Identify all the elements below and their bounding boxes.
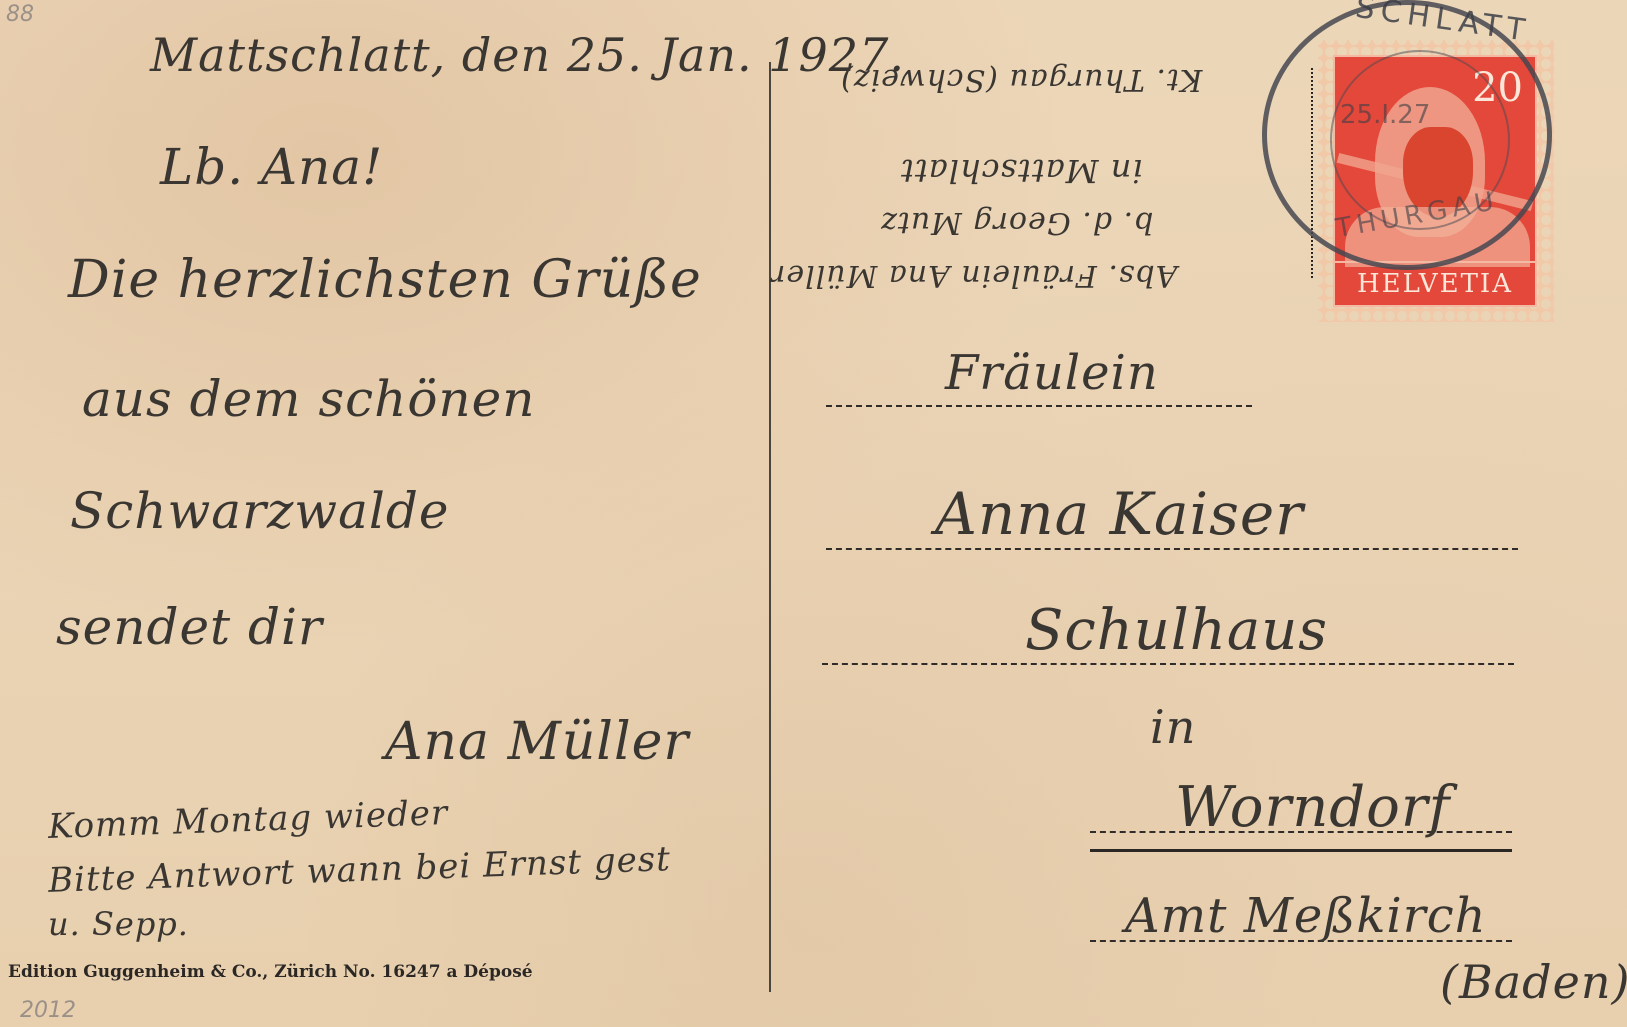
place-date: Mattschlatt, den 25. Jan. 1927. [150,28,905,82]
address-town: Worndorf [1175,775,1450,840]
publisher-imprint: Edition Guggenheim & Co., Zürich No. 162… [8,962,533,982]
sender-line-1: Abs. Fräulein Ana Müller [770,258,1177,293]
message-line-2: aus dem schönen [82,370,535,428]
salutation: Lb. Ana! [160,138,383,196]
postmark-date: 25.I.27 [1340,100,1430,130]
address-line-3 [822,663,1514,665]
postscript-line-1: Komm Montag wieder [47,793,448,847]
address-line-2 [826,548,1518,550]
postcard-back: 88 2012 Mattschlatt, den 25. Jan. 1927. … [0,0,1627,1027]
postscript-line-2: Bitte Antwort wann bei Ernst gest [47,839,671,901]
address-line-1 [826,405,1252,407]
sender-line-2: b. d. Georg Mutz [880,205,1153,240]
sender-line-4: Kt. Thurgau (Schweiz) [840,62,1202,97]
postscript-line-3: u. Sepp. [48,905,189,943]
pencil-mark-bottom: 2012 [20,998,76,1023]
address-region: (Baden) [1440,955,1627,1009]
address-preposition: in [1150,700,1196,754]
pencil-mark-top: 88 [6,2,34,27]
address-name: Anna Kaiser [935,480,1304,548]
address-street: Schulhaus [1025,598,1328,663]
address-title: Fräulein [945,345,1159,401]
message-line-4: sendet dir [56,598,323,656]
address-underline [1090,849,1512,852]
address-district: Amt Meßkirch [1125,888,1487,944]
stamp-country: HELVETIA [1335,261,1535,305]
message-line-1: Die herzlichsten Grüße [68,250,702,310]
message-line-3: Schwarzwalde [70,482,450,540]
center-divider [769,62,771,992]
sender-line-3: in Mattschlatt [900,152,1143,190]
signature: Ana Müller [385,712,689,772]
